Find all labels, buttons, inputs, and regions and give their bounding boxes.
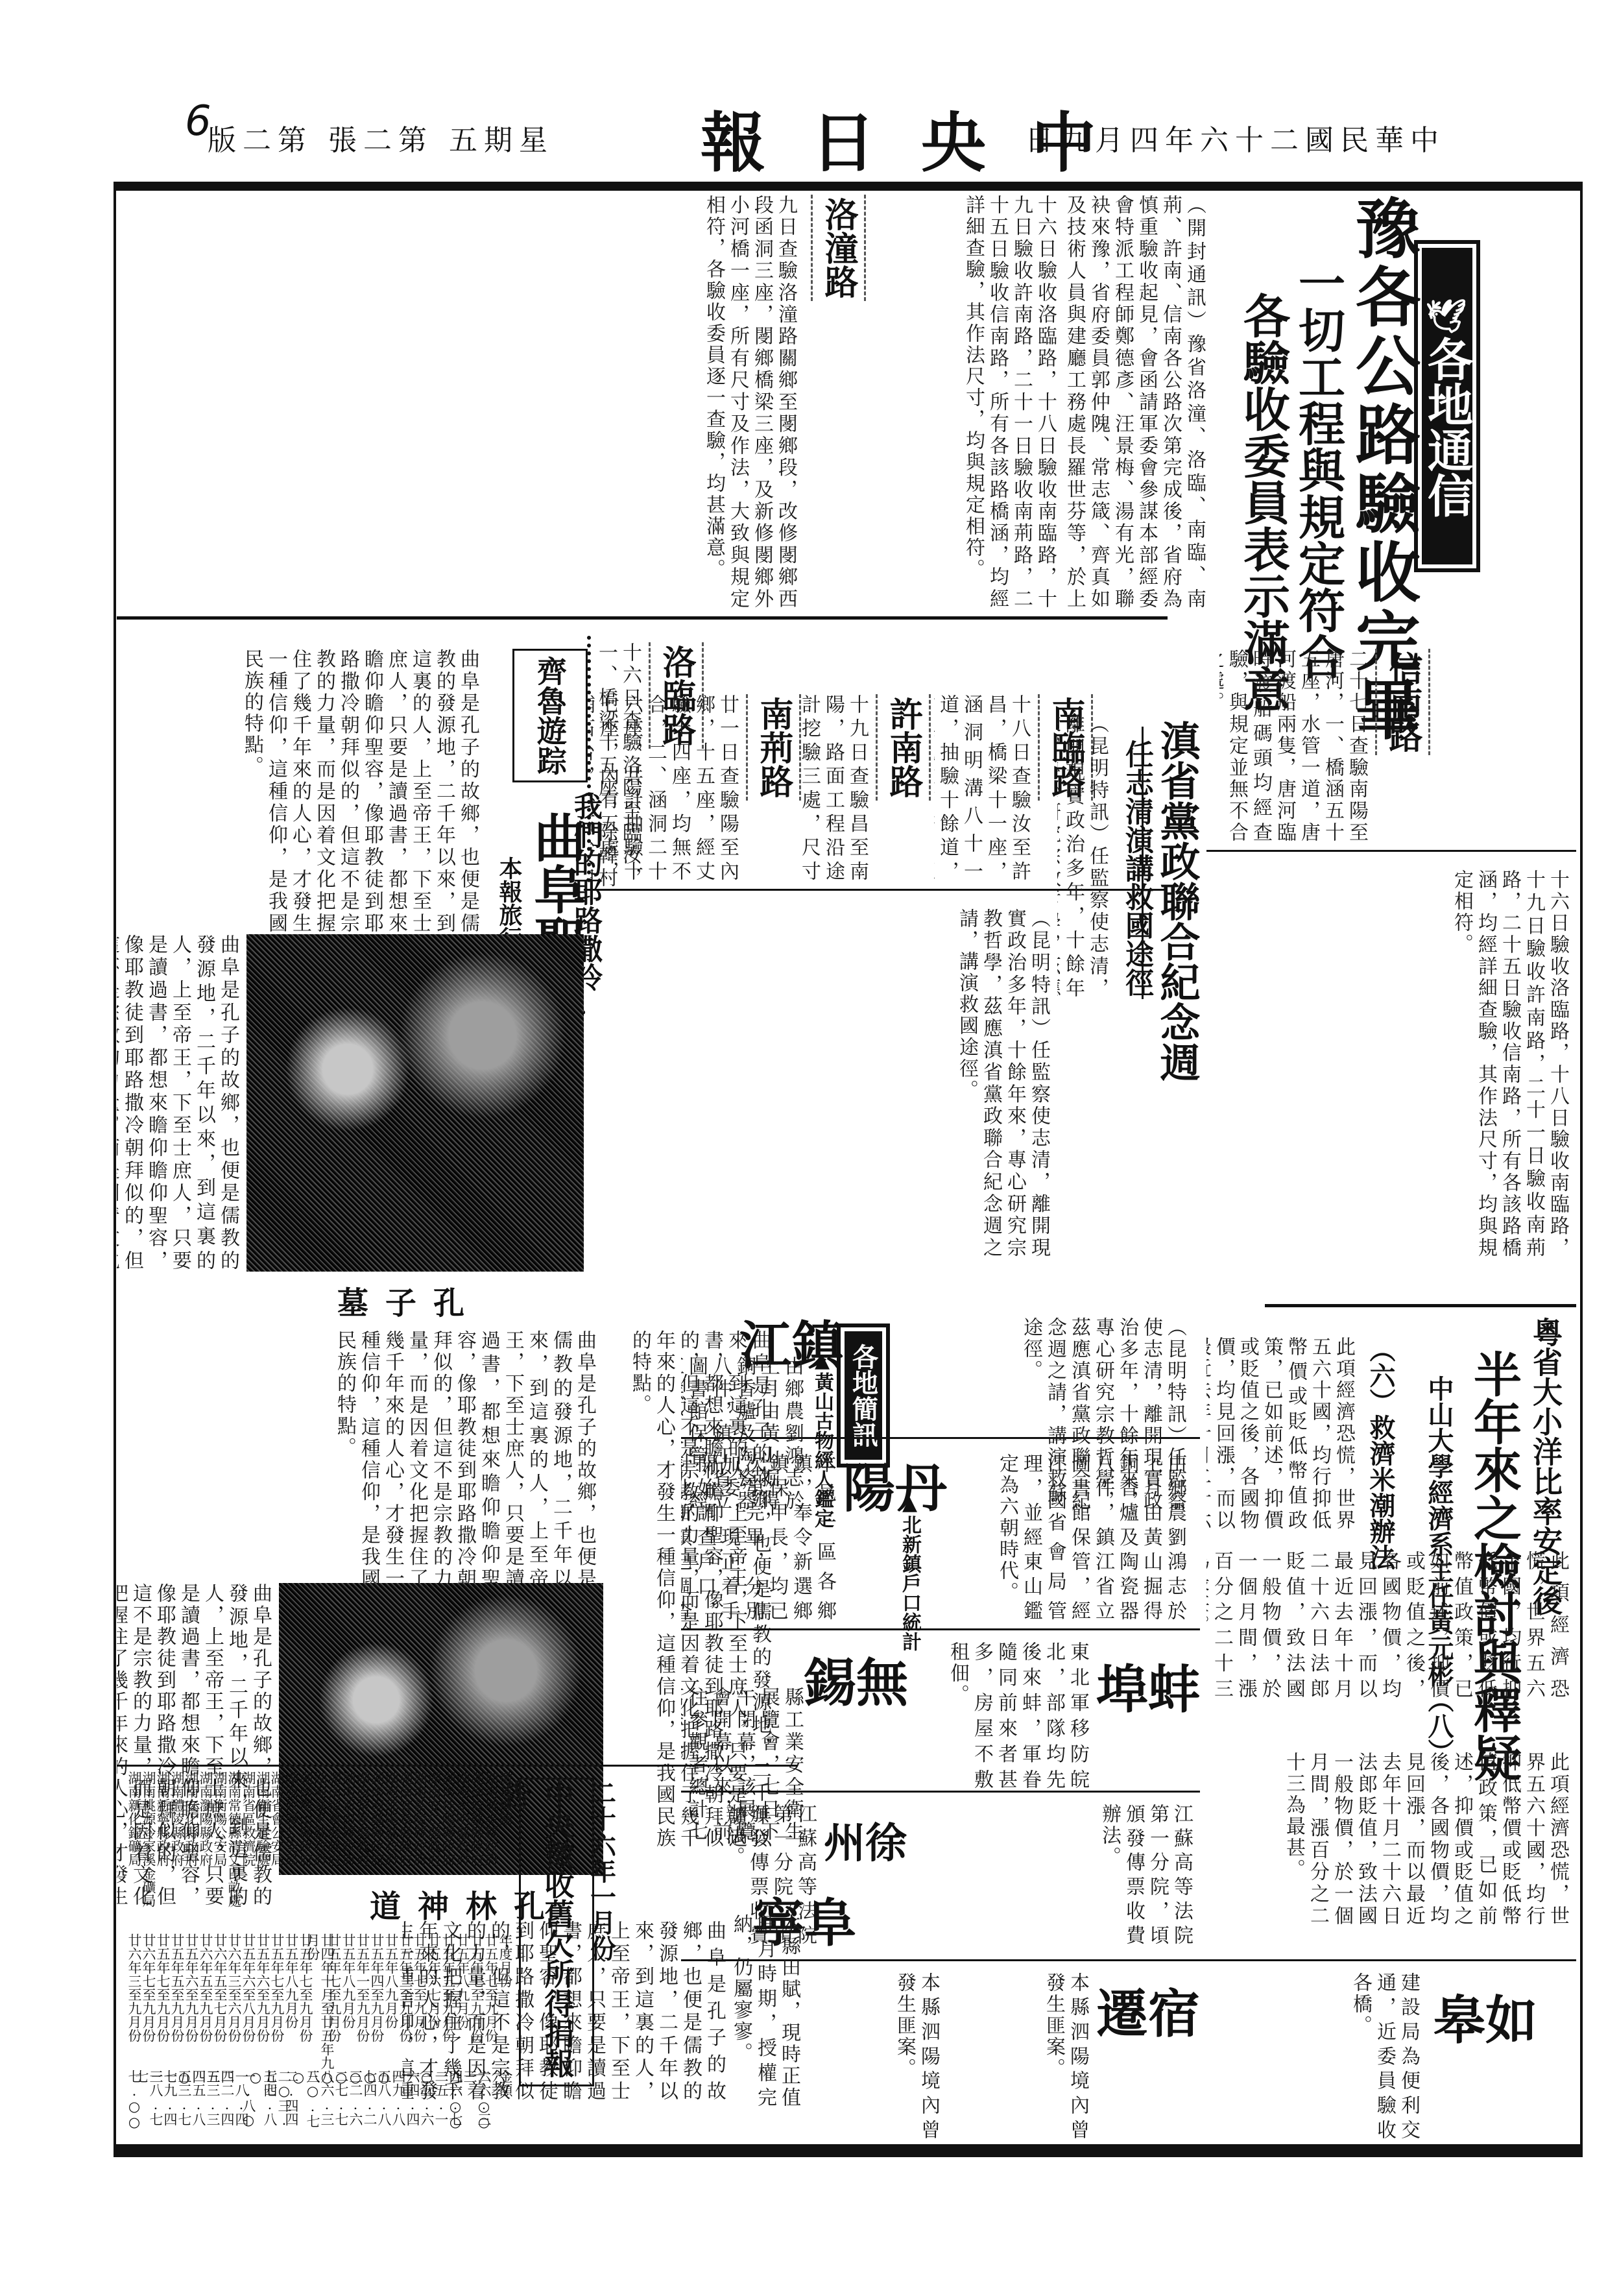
- divider: [681, 1959, 1576, 1961]
- tax-cell-agency: 湖南茶陵縣政府: [413, 1771, 427, 1933]
- tax-row: 湖南常德縣清丈田畝處廿六年三至六月份一八.四四: [227, 1771, 241, 2134]
- city-heading-suqian: 宿遷: [1096, 1972, 1200, 2047]
- yunnan-body: （昆明特訊）任監察使志清，離開現實政治多年，十餘年來，專心研究宗教哲學，茲應滇省…: [714, 908, 1051, 1259]
- road-text-xinnan: 二十七日查驗南陽至唐河，一、橋涵五十五座，水管一道，唐河渡船兩隻，唐河臨時渡船碼…: [1219, 649, 1369, 843]
- guangdong-section: （六）救濟米潮辦法: [1362, 1336, 1399, 1570]
- travel-body-3: 曲阜是孔子的故鄉，也便是儒教的發源地，二千年以來，到這裏的人，上至帝王，下至士庶…: [117, 1330, 597, 1589]
- tax-cell-agency: 湖南攸縣縣政府: [470, 1771, 484, 1933]
- tax-cell-period: 廿五年一至九月份: [355, 1933, 370, 2070]
- tax-cell-period: 廿五年六至九月份: [256, 1933, 270, 2070]
- road-heading-luotong: 洛潼路: [811, 195, 866, 301]
- tax-report-title-box: 中央徵收舊欠所得捐報告 二十六年一月份: [519, 1778, 594, 2086]
- page-info: 星期五 第二張 第二版: [208, 117, 554, 158]
- tax-cell-agency: 湖南新田縣政府: [341, 1771, 355, 1933]
- tax-cell-agency: 湖南常德縣清丈田畝處: [227, 1771, 241, 1933]
- tax-cell-period: 廿五年三至九月份: [398, 1933, 413, 2070]
- tax-cell-agency: 湖南城步縣政府: [484, 1771, 498, 1933]
- road-heading-xinnan: 信南路: [1375, 649, 1430, 755]
- dotted-divider: [587, 636, 591, 882]
- divider: [681, 1628, 1200, 1630]
- tax-cell-period: 廿五年六至八月份: [241, 1933, 256, 2070]
- photo-confucius-tomb: [246, 934, 584, 1272]
- guangdong-body-2: 此項經濟恐慌，世界五六十國，均行抑低幣價或貶低幣值政策，已如前述，抑價或貶值之後…: [1206, 1551, 1570, 1700]
- tax-cell-agency: 湖南衡陽公安局: [213, 1771, 227, 1933]
- tax-cell-agency: 湖南邵陽縣政府: [384, 1771, 398, 1933]
- travel-body-2: 曲阜是孔子的故鄉，也便是儒教的發源地，二千年以來，到這裏的人，上至帝王，下至士庶…: [117, 934, 240, 1272]
- divider: [1265, 1304, 1576, 1307]
- tax-cell-period: 廿五年七至九月份: [327, 1933, 341, 2070]
- travel-series-label: 齊魯遊踪: [529, 656, 571, 775]
- brief-text-xuzhou-2: 江蘇高等法院第一分院，頃頒發傳票收費辦法。: [889, 1804, 1193, 1946]
- tax-cell-period: 廿五年五至九月份: [441, 1933, 455, 2070]
- tax-cell-agency: 湖南省會公安局: [270, 1771, 284, 1933]
- city-heading-wuxi: 無錫: [804, 1641, 908, 1716]
- tax-header-column: 繳款機關年度月份金額: [498, 1771, 512, 2134]
- tax-cell-agency: 湖南新化錦礦局: [127, 1771, 141, 1933]
- divider: [681, 1437, 1200, 1439]
- brief-text-suqian: 本縣泗陽境內曾發生匪案。: [947, 1972, 1090, 2141]
- tax-cell-agency: 湖南常寧縣政府: [355, 1771, 370, 1933]
- tax-row: 湖南省會公安局廿五年七至九月份二○三.五四: [270, 1771, 284, 2134]
- tax-cell-agency: 湖南安化縣政府: [184, 1771, 198, 1933]
- brief-text-danyang-2: 由鄉農劉鴻志於上月由黃山掘得銅香爐及陶瓷器八件，鎮江省立圖書館保管，經江蘇省會局…: [928, 1453, 1187, 1622]
- tax-cell-period: 廿五年八九月份: [384, 1933, 398, 2070]
- tax-cell-period: 廿五年七至九月份: [484, 1933, 498, 2070]
- tax-cell-period: 廿五年七至九月份: [413, 1933, 427, 2070]
- yunnan-dateline: （昆明特訊）任監察使志清，離開現實政治多年，十餘年來，專心研究宗教哲學，茲應滇省…: [1057, 714, 1109, 999]
- tax-cell-period: 廿五年八九月份: [455, 1933, 470, 2070]
- tax-cell-period: 廿五年六七月份: [427, 1933, 441, 2070]
- tax-cell-period: 廿六年三至九月份: [127, 1933, 141, 2070]
- tax-cell-agency: 湖南桃源冷家溪金礦局: [141, 1771, 156, 1933]
- divider: [117, 616, 1168, 620]
- tax-cell-period: 廿五年五至九月份: [170, 1933, 184, 2070]
- tax-cell-period: 廿五年八九月份: [341, 1933, 355, 2070]
- guangdong-body-3: 此項經濟恐慌，世界五六十國，均行抑低幣價或貶低幣值政策，已如前述，抑價或貶值之後…: [1206, 1752, 1570, 1927]
- bottom-rule: [114, 2144, 1583, 2151]
- tax-cell-agency: 繳款機關: [498, 1771, 512, 1933]
- tax-cell-period: 廿六年五至七月份: [213, 1933, 227, 2070]
- tax-row: 湖南城步縣政府廿五年七至九月份六六.○○: [484, 1771, 498, 2134]
- travel-body-1: 曲阜是孔子的故鄉，也便是儒教的發源地，二千年以來，到這裏的人，上至帝王，下至士庶…: [117, 649, 480, 934]
- tax-cell-agency: 湖南南縣縣政府: [370, 1771, 384, 1933]
- tax-cell-agency: 湖南永明縣政府: [455, 1771, 470, 1933]
- tax-report-period: 二十六年一月份: [583, 1780, 620, 2085]
- travel-series-box: 齊魯遊踪: [512, 649, 588, 782]
- issue-date: 中華民國二十六年四月九日: [1025, 117, 1445, 158]
- briefs-badge: 各地簡訊: [837, 1323, 890, 1468]
- tax-cell-period: 廿五年七至九月份: [156, 1933, 170, 2070]
- brief-text-bengbu: 東北軍移防皖北，部隊均先後來蚌，軍眷隨同前來者甚多，房屋不敷租佃。: [895, 1641, 1090, 1791]
- guangdong-body: 此項經濟恐慌，世界五六十國，均行抑低幣價或貶低幣值政策，已如前述，抑價或貶值之後…: [1206, 1336, 1356, 1531]
- tax-cell-period: 廿六年五至九月份: [198, 1933, 213, 2070]
- city-heading-bengbu: 蚌埠: [1096, 1648, 1200, 1722]
- tax-cell-period: 廿六年七至九月份: [141, 1933, 156, 2070]
- tax-cell-agency: 湖南安仁縣政府: [427, 1771, 441, 1933]
- tax-cell-amount: 金額: [498, 2070, 512, 2134]
- brief-text-funing: 本縣田賦，現時正值旺月時期，授權完納，仍屬寥寥。: [606, 1914, 801, 2109]
- divider: [681, 1791, 1200, 1793]
- road-text-xunan: 十九日查驗昌至南陽，路面工程沿途計挖驗三處，尺寸做法尚符規定，二、沿途橋涵，經查…: [798, 694, 869, 882]
- tax-cell-period: 廿五年八九月份: [284, 1933, 298, 2070]
- tax-cell-period: 廿五年七至九月份: [470, 1933, 484, 2070]
- tax-cell-agency: 湖南攸縣公安局: [284, 1771, 298, 1933]
- photo-caption-tomb: 孔子墓: [337, 1278, 481, 1323]
- brief-text-danyang: 本邑一區各鄉鎮，奉令新選鄉鎮保甲長，均已次第完畢，分別加委，現正着手開始調查戶口…: [681, 1453, 837, 1622]
- tax-cell-agency: 湖南醴陵縣政府: [170, 1771, 184, 1933]
- tax-cell-agency: 湖南宜章縣政府: [398, 1771, 413, 1933]
- tax-cell-agency: 湖南嘉禾縣政府: [313, 1771, 327, 1933]
- tax-cell-period: 廿五年七至九月份: [270, 1933, 284, 2070]
- tax-cell-period: 廿五年六至九月份: [184, 1933, 198, 2070]
- brief-text-suqian-2: 本縣泗陽境內曾發生匪案。: [811, 1972, 941, 2141]
- tax-cell-period: 年度月份: [498, 1933, 512, 2070]
- brief-item-danyang: ▲北新鎮戶口統計: [895, 1492, 924, 1651]
- road-text-nanjing: 廿一日查驗陽至內鄉，十五座，經丈驗十四座，均無不合，二、涵洞二十六座，共計抽驗十…: [590, 694, 739, 882]
- divider: [117, 1765, 798, 1767]
- dove-icon: 🕊: [1428, 295, 1467, 335]
- tax-report-table: 繳款機關年度月份金額湖南城步縣政府廿五年七至九月份六六.○○湖南攸縣縣政府廿五年…: [117, 1771, 512, 2134]
- brief-text-rugao: 建設局為便利交通，近委員驗收各橋。: [1213, 1972, 1421, 2141]
- yunnan-body-upper: 十六日驗收洛臨路，十八日驗收南臨路，十九日驗收許南路，二十一日驗收南荊路，二十五…: [1206, 869, 1570, 1259]
- tax-cell-agency: 湖南綏寧縣政府: [327, 1771, 341, 1933]
- city-heading-rugao: 如皋: [1433, 1979, 1537, 2053]
- road-heading-nanjing: 南荊路: [746, 694, 801, 801]
- road-text-nanlin: 十八日查驗汝至許昌，橋梁十一座，涵洞明溝八十一道，抽驗十餘道，均與規定相符，經查…: [934, 694, 1031, 882]
- road-text-luotong: 九日查驗洛潼路關鄉至閿鄉段，改修閿鄉西段函洞三座，閿鄉橋梁三座，及新修閿鄉外小河…: [525, 195, 798, 610]
- divider: [1206, 850, 1576, 852]
- tax-cell-agency: 湖南瀏陽縣政府: [198, 1771, 213, 1933]
- divider: [1142, 727, 1144, 999]
- road-heading-xunan: 許南路: [876, 694, 931, 801]
- tax-cell-agency: 湖南桂陽縣政府: [441, 1771, 455, 1933]
- tax-cell-agency: 湖南新寧縣政府: [156, 1771, 170, 1933]
- tax-cell-agency: 湖南省區救濟院: [241, 1771, 256, 1933]
- lead-dateline-text: （開封通訊）豫省洛潼、洛臨、南臨、南荊、許南、信南各公路次第完成後，省府為慎重驗…: [1064, 195, 1206, 610]
- yunnan-subhead: 任志清演講救國途徑: [1116, 740, 1157, 997]
- tax-cell-agency: 湖南衛生實驗處: [256, 1771, 270, 1933]
- lead-body-text: 十六日驗收洛臨路，十八日驗收南臨路，十九日驗收許南路，二十一日驗收南荊路，二十五…: [934, 195, 1057, 610]
- tax-cell-period: 廿六年三至六月份: [227, 1933, 241, 2070]
- tax-cell-agency: 湖南衡山縣政府: [298, 1771, 313, 1933]
- tax-cell-period: 廿五年四至九月份: [370, 1933, 384, 2070]
